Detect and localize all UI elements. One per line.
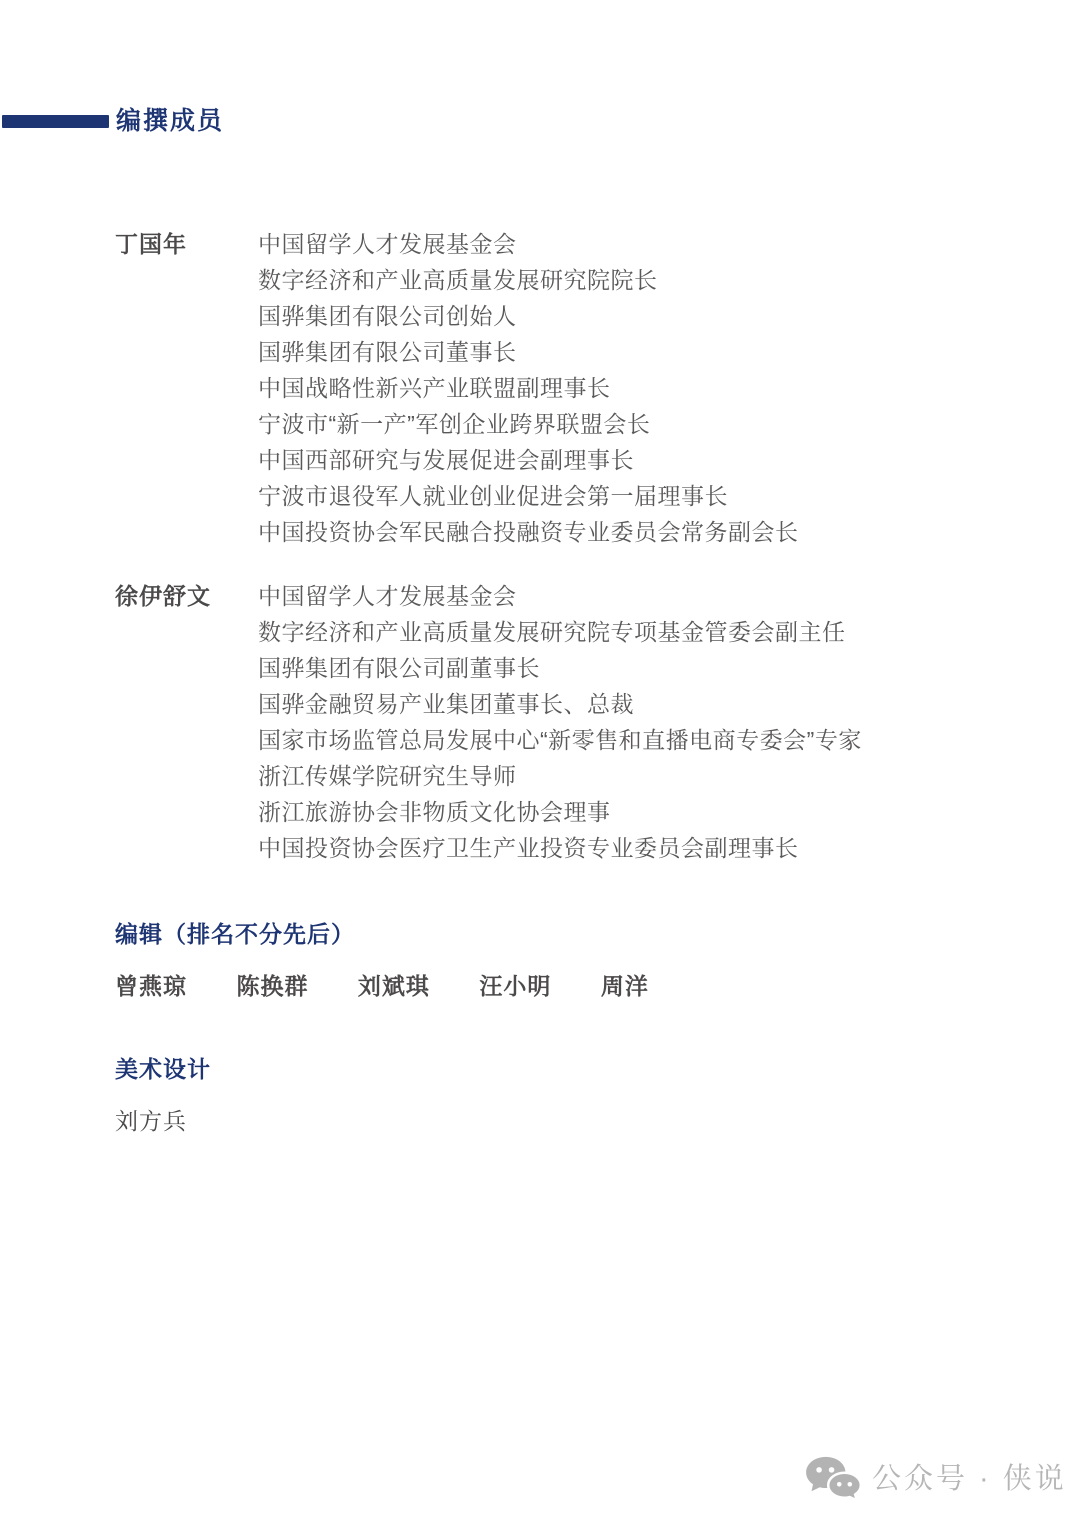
member-block: 丁国年 中国留学人才发展基金会 数字经济和产业高质量发展研究院院长 国骅集团有限… (115, 226, 1035, 550)
section-header: 编撰成员 (2, 106, 224, 136)
editors-section: 编辑（排名不分先后） 曾燕琼 陈换群 刘斌琪 汪小明 周洋 (115, 916, 1035, 1008)
editor-name: 刘斌琪 (358, 968, 475, 1004)
editor-name: 陈换群 (236, 968, 353, 1004)
members-list: 丁国年 中国留学人才发展基金会 数字经济和产业高质量发展研究院院长 国骅集团有限… (115, 226, 1035, 866)
member-title-line: 中国战略性新兴产业联盟副理事长 (258, 370, 1035, 406)
editor-names-row: 曾燕琼 陈换群 刘斌琪 汪小明 周洋 (115, 968, 1035, 1008)
editor-name: 曾燕琼 (115, 968, 232, 1004)
watermark-text: 公众号 · 侠说 (872, 1455, 1067, 1503)
member-name: 徐伊舒文 (115, 578, 258, 614)
member-title-line: 中国留学人才发展基金会 (258, 226, 1035, 262)
member-titles: 中国留学人才发展基金会 数字经济和产业高质量发展研究院院长 国骅集团有限公司创始… (258, 226, 1035, 550)
art-design-section: 美术设计 刘方兵 (115, 1051, 1035, 1139)
member-title-line: 国骅集团有限公司创始人 (258, 298, 1035, 334)
member-title-line: 国骅金融贸易产业集团董事长、总裁 (258, 686, 1035, 722)
art-design-heading: 美术设计 (115, 1051, 1035, 1087)
member-title-line: 中国投资协会医疗卫生产业投资专业委员会副理事长 (258, 830, 1035, 866)
member-title-line: 国骅集团有限公司董事长 (258, 334, 1035, 370)
member-title-line: 中国留学人才发展基金会 (258, 578, 1035, 614)
member-title-line: 数字经济和产业高质量发展研究院专项基金管委会副主任 (258, 614, 1035, 650)
wechat-icon (804, 1455, 862, 1503)
member-title-line: 浙江旅游协会非物质文化协会理事 (258, 794, 1035, 830)
member-title-line: 宁波市“新一产”军创企业跨界联盟会长 (258, 406, 1035, 442)
member-title-line: 中国投资协会军民融合投融资专业委员会常务副会长 (258, 514, 1035, 550)
watermark: 公众号 · 侠说 (804, 1455, 1067, 1503)
member-block: 徐伊舒文 中国留学人才发展基金会 数字经济和产业高质量发展研究院专项基金管委会副… (115, 578, 1035, 866)
member-title-line: 国骅集团有限公司副董事长 (258, 650, 1035, 686)
page-title: 编撰成员 (116, 106, 224, 136)
member-title-line: 国家市场监管总局发展中心“新零售和直播电商专委会”专家 (258, 722, 1035, 758)
editors-heading: 编辑（排名不分先后） (115, 916, 1035, 952)
member-name: 丁国年 (115, 226, 258, 262)
member-title-line: 数字经济和产业高质量发展研究院院长 (258, 262, 1035, 298)
member-title-line: 中国西部研究与发展促进会副理事长 (258, 442, 1035, 478)
header-accent-bar (2, 115, 109, 128)
member-title-line: 宁波市退役军人就业创业促进会第一届理事长 (258, 478, 1035, 514)
editor-name: 周洋 (601, 968, 649, 1004)
member-titles: 中国留学人才发展基金会 数字经济和产业高质量发展研究院专项基金管委会副主任 国骅… (258, 578, 1035, 866)
member-title-line: 浙江传媒学院研究生导师 (258, 758, 1035, 794)
designer-name: 刘方兵 (115, 1103, 1035, 1139)
editor-name: 汪小明 (479, 968, 596, 1004)
document-page: 编撰成员 丁国年 中国留学人才发展基金会 数字经济和产业高质量发展研究院院长 国… (0, 0, 1080, 1527)
